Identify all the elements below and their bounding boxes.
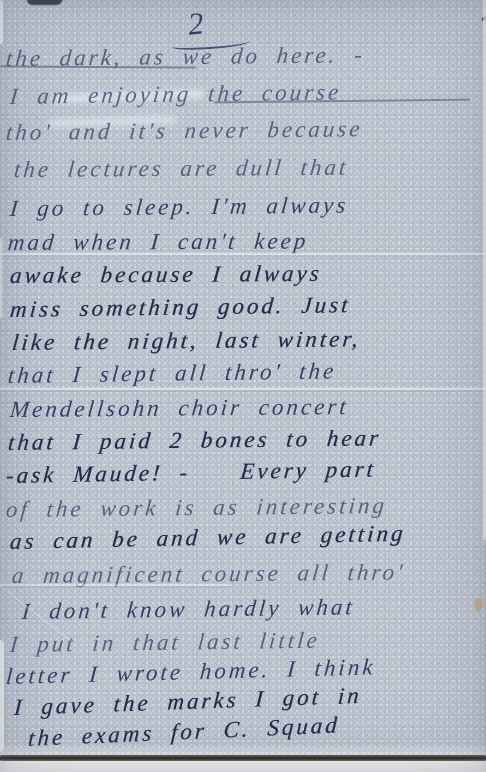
scanner-backing	[0, 761, 486, 772]
paper-edge-left-bottom	[0, 640, 4, 752]
handwritten-line-7: awake because I always	[9, 261, 323, 289]
handwritten-line-1: the dark, as we do here. -	[5, 42, 366, 72]
handwritten-line-12: that I paid 2 bones to hear	[7, 425, 382, 456]
paper-edge-left-top	[0, 0, 3, 44]
handwritten-line-17: I don't know hardly what	[21, 594, 356, 625]
ink-smudge-top-left	[27, 0, 63, 5]
fold-crease-middle	[0, 387, 486, 392]
handwritten-line-3: tho' and it's never because	[5, 116, 364, 146]
handwritten-line-8: miss something good. Just	[9, 292, 352, 323]
stain-spot	[474, 598, 483, 611]
page-number-digit: 2	[186, 5, 205, 42]
fold-crease-lower	[0, 583, 230, 588]
handwritten-line-4: the lectures are dull that	[13, 155, 350, 183]
handwritten-line-11: Mendellsohn choir concert	[9, 394, 350, 423]
handwritten-line-2: I am enjoying the course	[9, 79, 343, 110]
letter-scan: 2 the dark, as we do here. - I am enjoyi…	[0, 0, 486, 772]
handwritten-line-10: that I slept all thro' the	[7, 358, 338, 389]
paper-edge-left-mid	[0, 238, 2, 318]
handwritten-line-14: of the work is as interesting	[5, 493, 389, 523]
fold-crease-upper	[0, 252, 486, 257]
handwritten-line-9: like the night, last winter,	[11, 326, 362, 356]
handwritten-line-5: I go to sleep. I'm always	[9, 192, 350, 222]
page-number: 2	[188, 6, 204, 42]
bottom-page-curl-highlight	[0, 743, 486, 755]
